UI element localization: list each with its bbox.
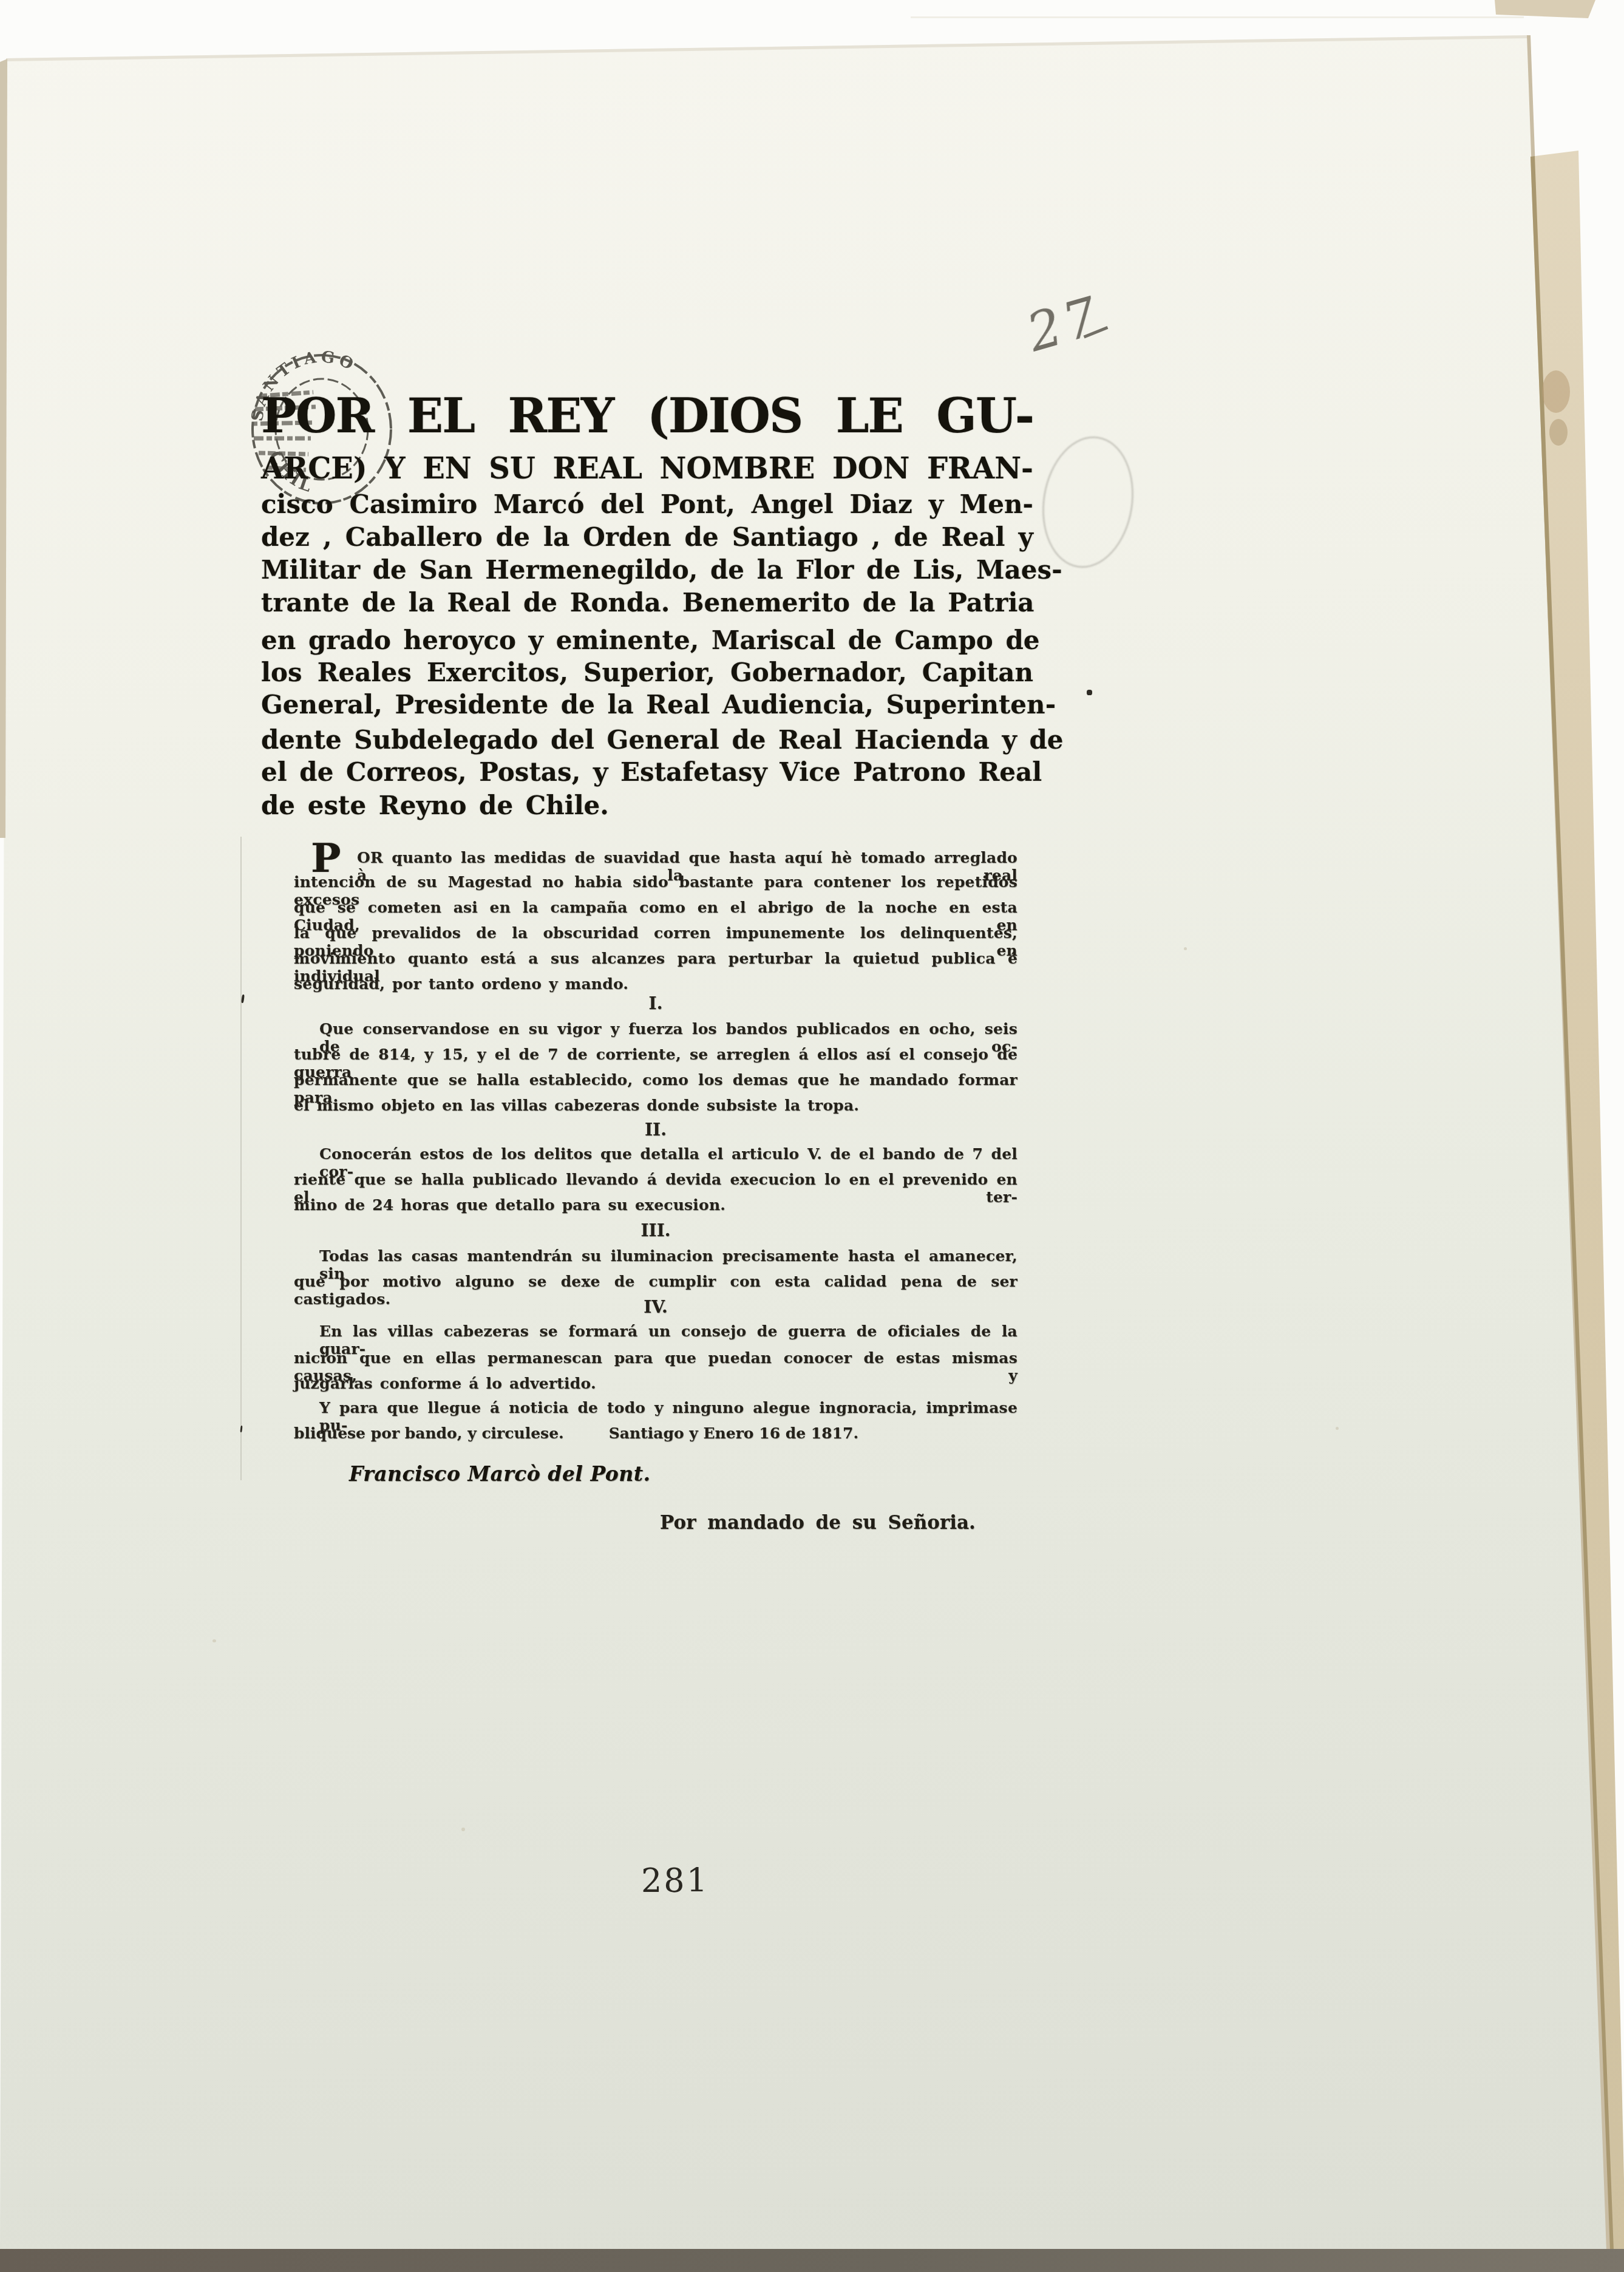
paper-speck bbox=[461, 1828, 465, 1831]
paper-speck bbox=[212, 1639, 216, 1642]
broadside-title-line: de este Reyno de Chile. bbox=[261, 791, 1033, 820]
broadside-title-line: General, Presidente de la Real Audiencia… bbox=[261, 690, 1033, 719]
broadside-title-line: dente Subdelegado del General de Real Ha… bbox=[261, 725, 1033, 755]
bottom-shadow-strip bbox=[0, 2249, 1624, 2272]
intro-line: seguridad, por tanto ordeno y mando. bbox=[294, 975, 1018, 993]
paper-speck bbox=[1336, 1427, 1339, 1430]
broadside-scan-edge bbox=[240, 837, 242, 1480]
broadside-title-line: en grado heroyco y eminente, Mariscal de… bbox=[261, 625, 1033, 655]
section-number: III. bbox=[294, 1220, 1018, 1240]
section-number: II. bbox=[294, 1120, 1018, 1140]
ink-speck bbox=[1087, 690, 1092, 695]
attestation-line: Por mandado de su Señoria. bbox=[660, 1512, 976, 1534]
broadside-title-line: trante de la Real de Ronda. Benemerito d… bbox=[261, 588, 1033, 617]
top-seam-line bbox=[911, 16, 1524, 18]
fore-edge-stain bbox=[1542, 370, 1570, 413]
section-line: mino de 24 horas que detallo para su exe… bbox=[294, 1196, 1018, 1214]
paper-speck bbox=[1184, 947, 1187, 950]
printed-signature: Francisco Marcò del Pont. bbox=[349, 1462, 651, 1486]
broadside-title-line: el de Correos, Postas, y Estafetasy Vice… bbox=[261, 757, 1033, 787]
section-number: IV. bbox=[294, 1297, 1018, 1317]
closing-line: bliquese por bando, y circulese.Santiago… bbox=[294, 1424, 1018, 1442]
photographed-book-page: 27 SANTIAGO CHILE bbox=[0, 0, 1624, 2272]
section-number: I. bbox=[294, 993, 1018, 1013]
fore-edge-stain bbox=[1549, 419, 1568, 446]
broadside-title-line: cisco Casimiro Marcó del Pont, Angel Dia… bbox=[261, 489, 1033, 519]
broadside-title-line: Militar de San Hermenegildo, de la Flor … bbox=[261, 555, 1033, 585]
broadside-title-line: dez , Caballero de la Orden de Santiago … bbox=[261, 522, 1033, 552]
section-line: juzgarlas conforme á lo advertido. bbox=[294, 1375, 1018, 1392]
page-number: 281 bbox=[641, 1862, 709, 1900]
closing-line-left: bliquese por bando, y circulese. bbox=[294, 1424, 564, 1442]
broadside-title-line: ARCE) Y EN SU REAL NOMBRE DON FRAN- bbox=[261, 452, 1033, 486]
broadside-title-line: los Reales Exercitos, Superior, Gobernad… bbox=[261, 658, 1033, 687]
dateline: Santiago y Enero 16 de 1817. bbox=[609, 1424, 858, 1442]
broadside-title-line: POR EL REY (DIOS LE GU- bbox=[261, 389, 1033, 444]
section-line: el mismo objeto en las villas cabezeras … bbox=[294, 1097, 1018, 1114]
